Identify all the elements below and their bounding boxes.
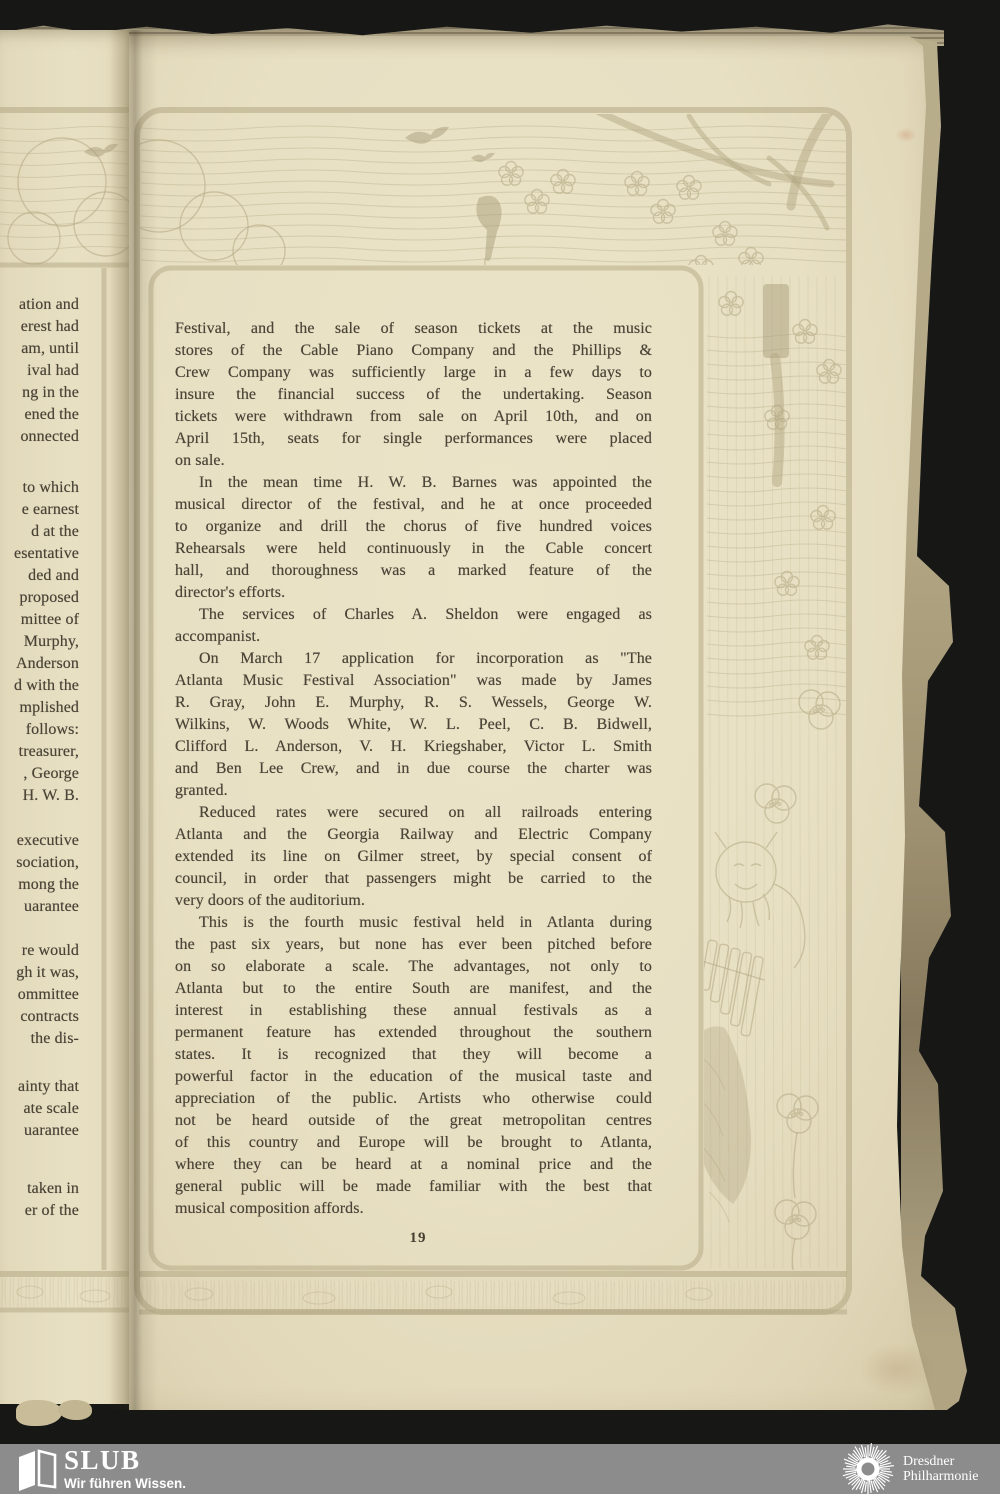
text-line: Atlanta but to the entire South are mani… — [175, 978, 652, 1000]
text-line: to organize and drill the chorus of five… — [175, 516, 652, 538]
text-line: Reduced rates were secured on all railro… — [175, 802, 652, 824]
text-line: general public will be made familiar wit… — [175, 1176, 652, 1198]
text-line: d at the — [0, 521, 79, 543]
text-line: musical composition affords. — [175, 1198, 652, 1220]
page-number: 19 — [398, 1230, 438, 1247]
text-line: interest in establishing these annual fe… — [175, 1000, 652, 1022]
page-text: Festival, and the sale of season tickets… — [175, 318, 652, 1220]
slub-book-icon — [14, 1448, 60, 1492]
dresdner-philharmonie-logo[interactable]: Dresdner Philharmonie — [841, 1443, 895, 1494]
slub-wordmark: SLUB — [64, 1445, 141, 1476]
text-line: ommittee — [0, 984, 79, 1006]
text-line: on so elaborate a scale. The advantages,… — [175, 956, 652, 978]
text-line: gh it was, — [0, 962, 79, 984]
text-line: on sale. — [175, 450, 652, 472]
text-line: extended its line on Gilmer street, by s… — [175, 846, 652, 868]
text-line: insure the financial success of the unde… — [175, 384, 652, 406]
text-line: where they can be heard at a nominal pri… — [175, 1154, 652, 1176]
text-line: Atlanta and the Georgia Railway and Elec… — [175, 824, 652, 846]
text-line: treasurer, — [0, 741, 79, 763]
text-line: Crew Company was sufficiently large in a… — [175, 362, 652, 384]
viewer-footer-bar: SLUB Wir führen Wissen. Dresdner Philhar… — [0, 1444, 1000, 1494]
text-line: esentative — [0, 543, 79, 565]
torn-paper-fragment — [58, 1400, 92, 1420]
text-line: ened the — [0, 404, 79, 426]
text-line: d with the — [0, 675, 79, 697]
text-line: Festival, and the sale of season tickets… — [175, 318, 652, 340]
text-line: mong the — [0, 874, 79, 896]
screenshot-root: { "page": { "number": "19", "paragraphs"… — [0, 0, 1000, 1494]
text-line: permanent feature has extended throughou… — [175, 1022, 652, 1044]
page-stain — [858, 1342, 936, 1396]
text-line: ation and — [0, 294, 79, 316]
text-line: ainty that — [0, 1076, 79, 1098]
philharmonie-line1: Dresdner — [903, 1454, 978, 1469]
text-line: contracts — [0, 1006, 79, 1028]
text-line: sociation, — [0, 852, 79, 874]
text-line: Rehearsals were held continuously in the… — [175, 538, 652, 560]
text-line: follows: — [0, 719, 79, 741]
text-line: Anderson — [0, 653, 79, 675]
text-line: onnected — [0, 426, 79, 448]
text-line: ded and — [0, 565, 79, 587]
text-line: not be heard outside of the great metrop… — [175, 1110, 652, 1132]
text-line: On March 17 application for incorporatio… — [175, 648, 652, 670]
text-line: powerful factor in the education of the … — [175, 1066, 652, 1088]
text-line: council, in order that passengers might … — [175, 868, 652, 890]
fragment-group: taken iner of the — [0, 1178, 79, 1222]
text-line: uarantee — [0, 1120, 79, 1142]
text-line: Murphy, — [0, 631, 79, 653]
text-line: The services of Charles A. Sheldon were … — [175, 604, 652, 626]
text-line: mittee of — [0, 609, 79, 631]
text-line: e earnest — [0, 499, 79, 521]
text-line: In the mean time H. W. B. Barnes was app… — [175, 472, 652, 494]
text-line: Wilkins, W. Woods White, W. L. Peel, C. … — [175, 714, 652, 736]
fragment-group: executivesociation,mong theuarantee — [0, 830, 79, 918]
text-line: taken in — [0, 1178, 79, 1200]
text-line: very doors of the auditorium. — [175, 890, 652, 912]
text-line: , George — [0, 763, 79, 785]
text-line: Atlanta Music Festival Association" was … — [175, 670, 652, 692]
text-line: ival had — [0, 360, 79, 382]
text-line: R. Gray, John E. Murphy, R. S. Wessels, … — [175, 692, 652, 714]
text-line: H. W. B. — [0, 785, 79, 807]
text-line: states. It is recognized that they will … — [175, 1044, 652, 1066]
text-line: ate scale — [0, 1098, 79, 1120]
text-line: re would — [0, 940, 79, 962]
text-line: ng in the — [0, 382, 79, 404]
text-line: hall, and thoroughness was a marked feat… — [175, 560, 652, 582]
fragment-group: ation anderest hadam, untilival hadng in… — [0, 294, 79, 448]
page-stain — [896, 128, 916, 142]
philharmonie-line2: Philharmonie — [903, 1469, 978, 1484]
text-line: and Ben Lee Crew, and in due course the … — [175, 758, 652, 780]
text-line: stores of the Cable Piano Company and th… — [175, 340, 652, 362]
fragment-group: re wouldgh it was,ommitteecontractsthe d… — [0, 940, 79, 1050]
text-line: granted. — [175, 780, 652, 802]
text-line: musical director of the festival, and he… — [175, 494, 652, 516]
text-line: tickets were withdrawn from sale on Apri… — [175, 406, 652, 428]
text-line: er of the — [0, 1200, 79, 1222]
text-line: uarantee — [0, 896, 79, 918]
text-line: director's efforts. — [175, 582, 652, 604]
text-line: accompanist. — [175, 626, 652, 648]
text-line: proposed — [0, 587, 79, 609]
text-line: of this country and Europe will be broug… — [175, 1132, 652, 1154]
slub-tagline: Wir führen Wissen. — [64, 1476, 186, 1491]
text-line: mplished — [0, 697, 79, 719]
torn-paper-fragment — [16, 1400, 62, 1426]
text-line: to which — [0, 477, 79, 499]
text-line: am, until — [0, 338, 79, 360]
text-line: Clifford L. Anderson, V. H. Kriegshaber,… — [175, 736, 652, 758]
text-line: the dis- — [0, 1028, 79, 1050]
fragment-group: ainty thatate scaleuarantee — [0, 1076, 79, 1142]
text-line: This is the fourth music festival held i… — [175, 912, 652, 934]
philharmonie-starburst-icon — [841, 1443, 895, 1494]
text-line: erest had — [0, 316, 79, 338]
text-line: executive — [0, 830, 79, 852]
fragment-group: to whiche earnestd at theesentativeded a… — [0, 477, 79, 807]
text-line: the past six years, but none has ever be… — [175, 934, 652, 956]
philharmonie-wordmark: Dresdner Philharmonie — [903, 1454, 978, 1484]
text-line: April 15th, seats for single performance… — [175, 428, 652, 450]
left-page-text-fragments: ation anderest hadam, untilival hadng in… — [0, 294, 79, 1222]
text-line: appreciation of the public. Artists who … — [175, 1088, 652, 1110]
